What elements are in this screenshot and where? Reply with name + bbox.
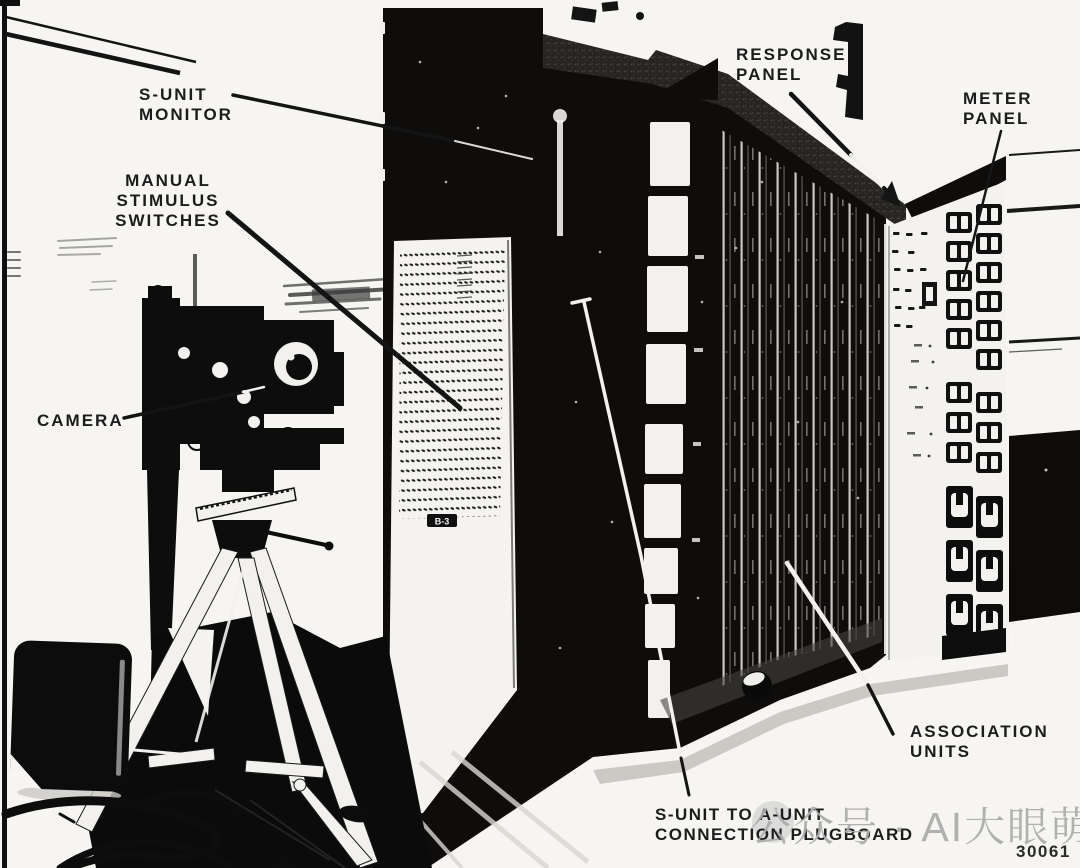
label-manual-stimulus-switches: MANUAL STIMULUS SWITCHES [114,171,222,231]
camera-antenna [193,254,197,306]
svg-text:B-3: B-3 [435,517,450,527]
label-response-panel: RESPONSE PANEL [736,45,846,85]
a-unit-plugboard [718,128,882,688]
label-s-unit-monitor: S-UNIT MONITOR [139,85,233,125]
b3-logo: B-3 [427,514,457,527]
annotated-perceptron-figure: B-3 [0,0,1080,868]
label-meter-panel: METER PANEL [963,89,1033,129]
s-unit-monitor-lights [399,248,505,519]
wall-shadow-block [1009,430,1080,622]
speck [1045,469,1048,472]
figure-number: 30061 [1016,842,1071,862]
panel-gap-highlight [884,224,887,654]
label-association-units: ASSOCIATION UNITS [910,722,1049,762]
tv-monitor [9,640,132,803]
label-camera: CAMERA [37,411,124,431]
